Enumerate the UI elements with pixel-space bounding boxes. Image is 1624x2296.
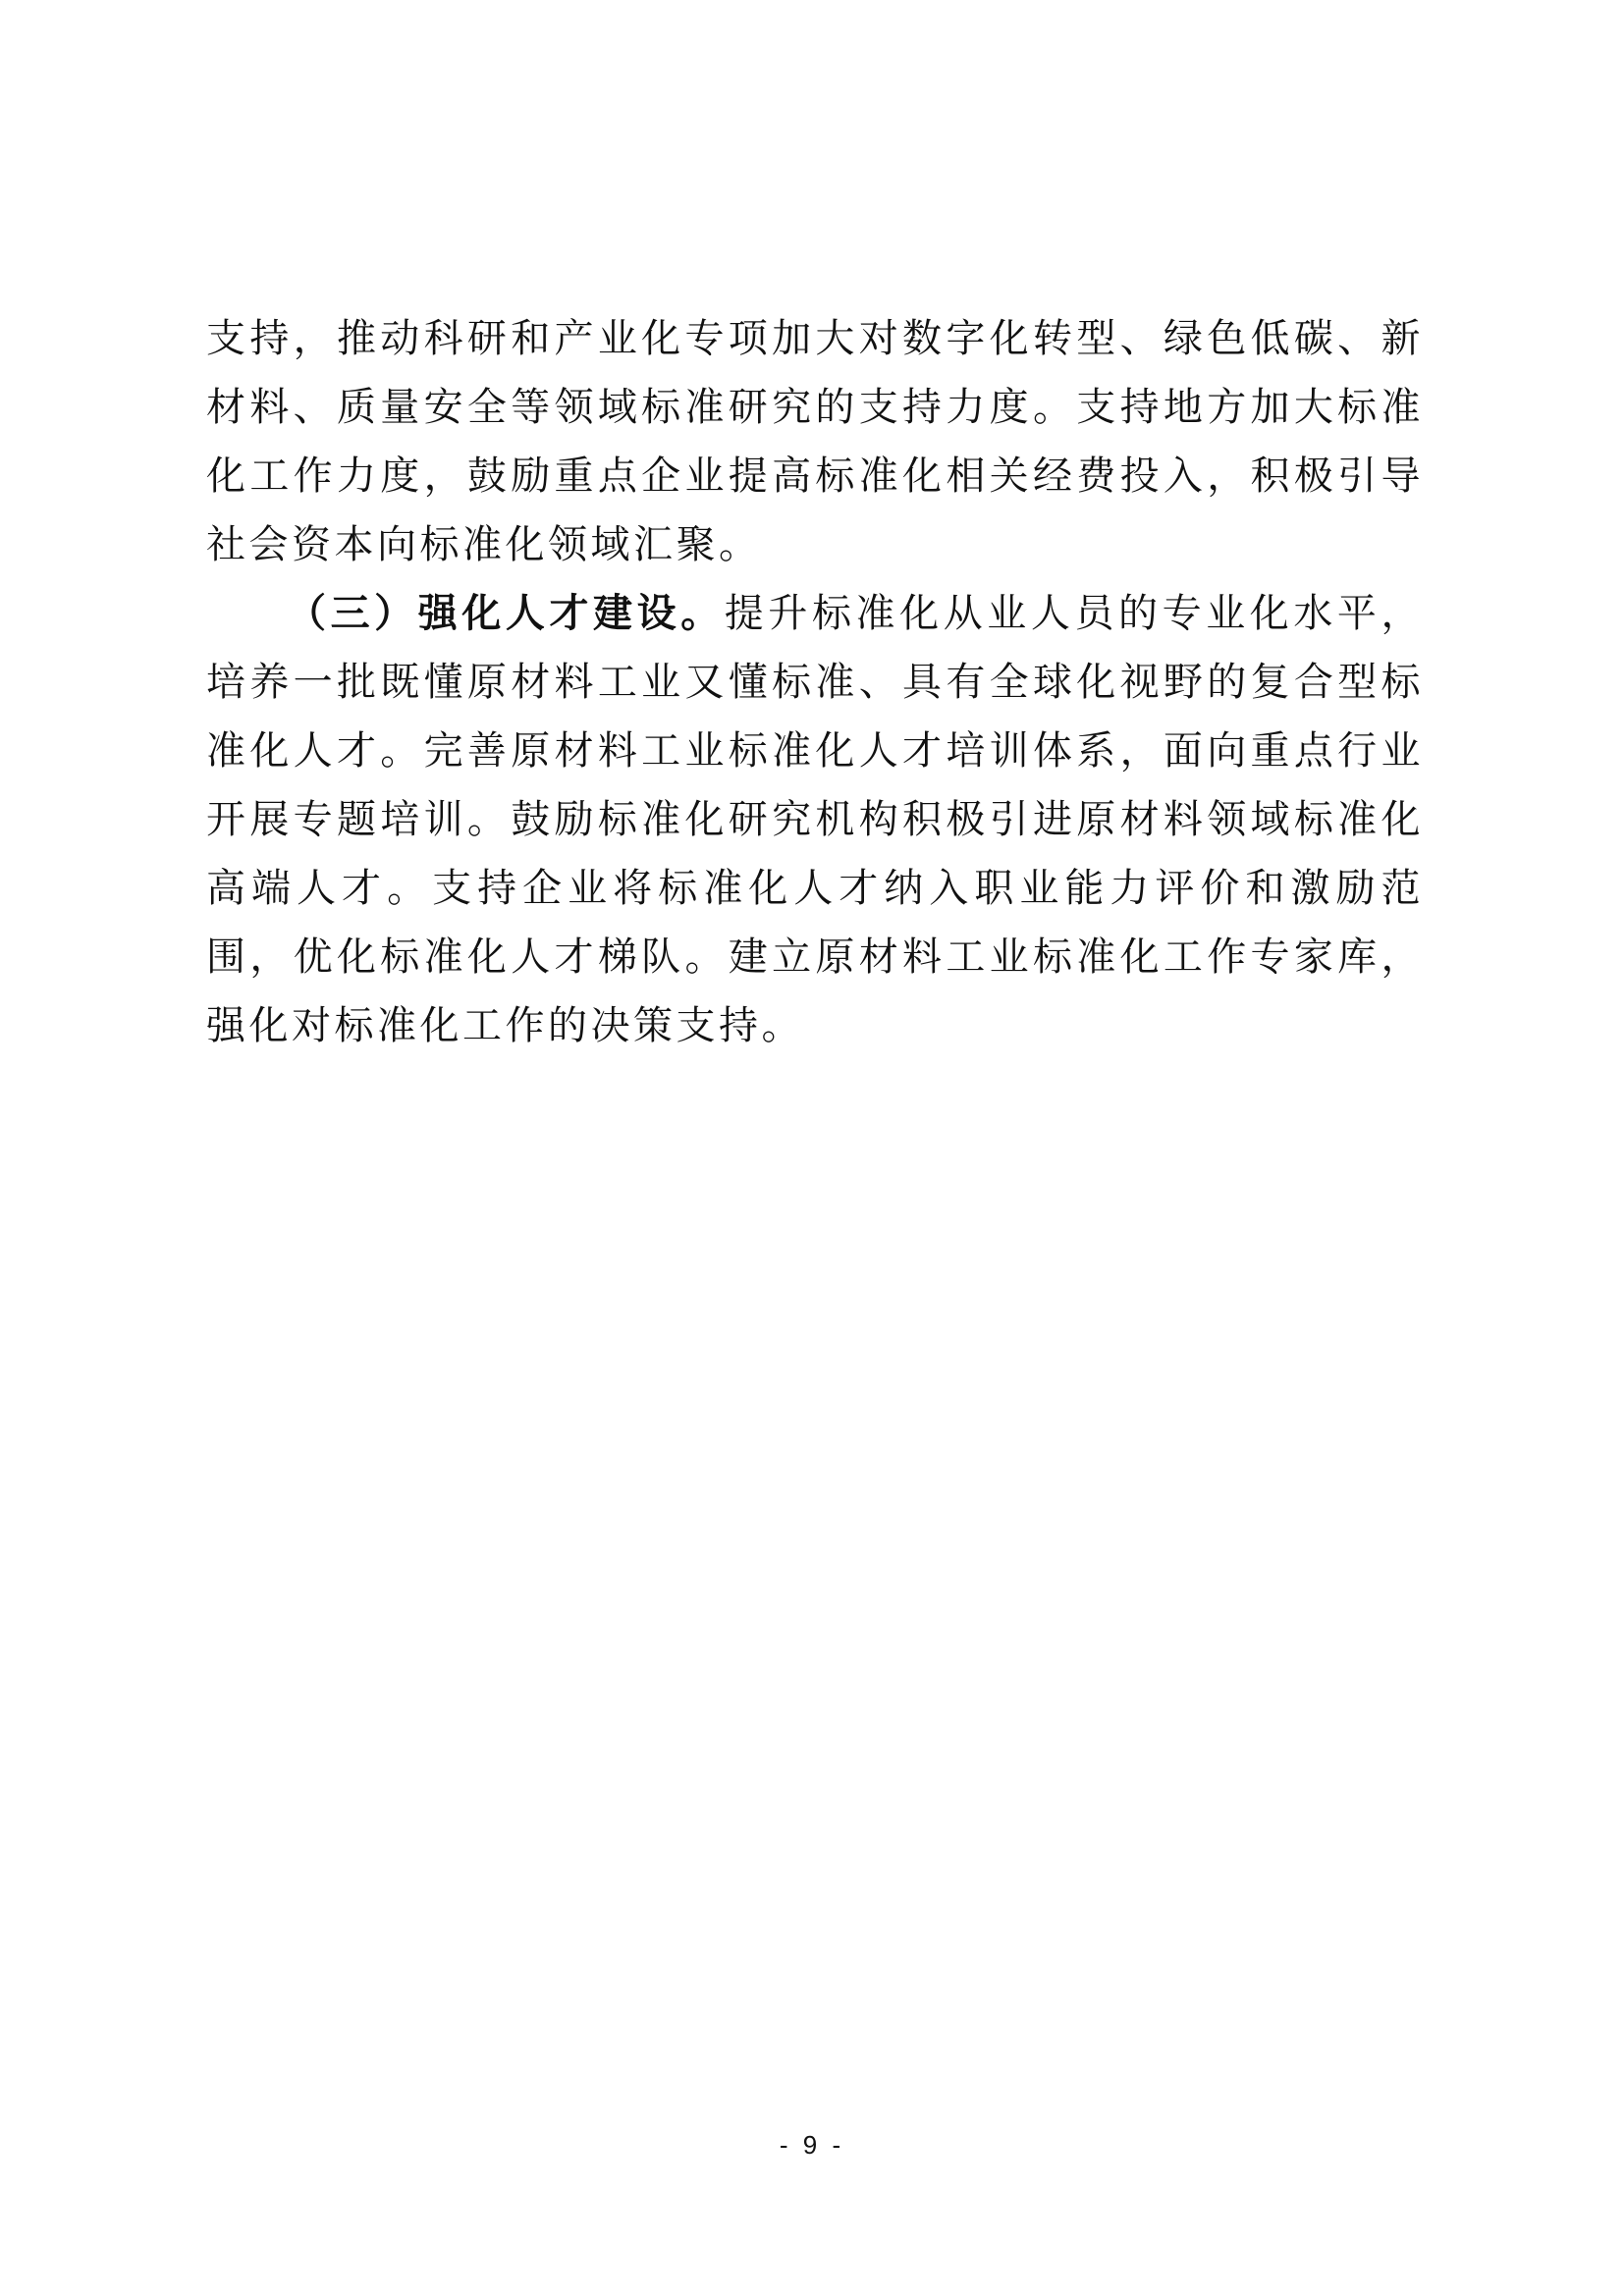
page-number: - 9 -	[0, 2130, 1624, 2161]
paragraph-funding-support: 支持，推动科研和产业化专项加大对数字化转型、绿色低碳、新材料、质量安全等领域标准…	[206, 304, 1424, 579]
document-body: 支持，推动科研和产业化专项加大对数字化转型、绿色低碳、新材料、质量安全等领域标准…	[206, 304, 1424, 1060]
section-heading-talent-building: （三）强化人才建设。	[287, 591, 725, 636]
paragraph-talent-building: （三）强化人才建设。提升标准化从业人员的专业化水平，培养一批既懂原材料工业又懂标…	[206, 579, 1424, 1060]
paragraph-talent-building-text: 提升标准化从业人员的专业化水平，培养一批既懂原材料工业又懂标准、具有全球化视野的…	[206, 591, 1424, 1048]
